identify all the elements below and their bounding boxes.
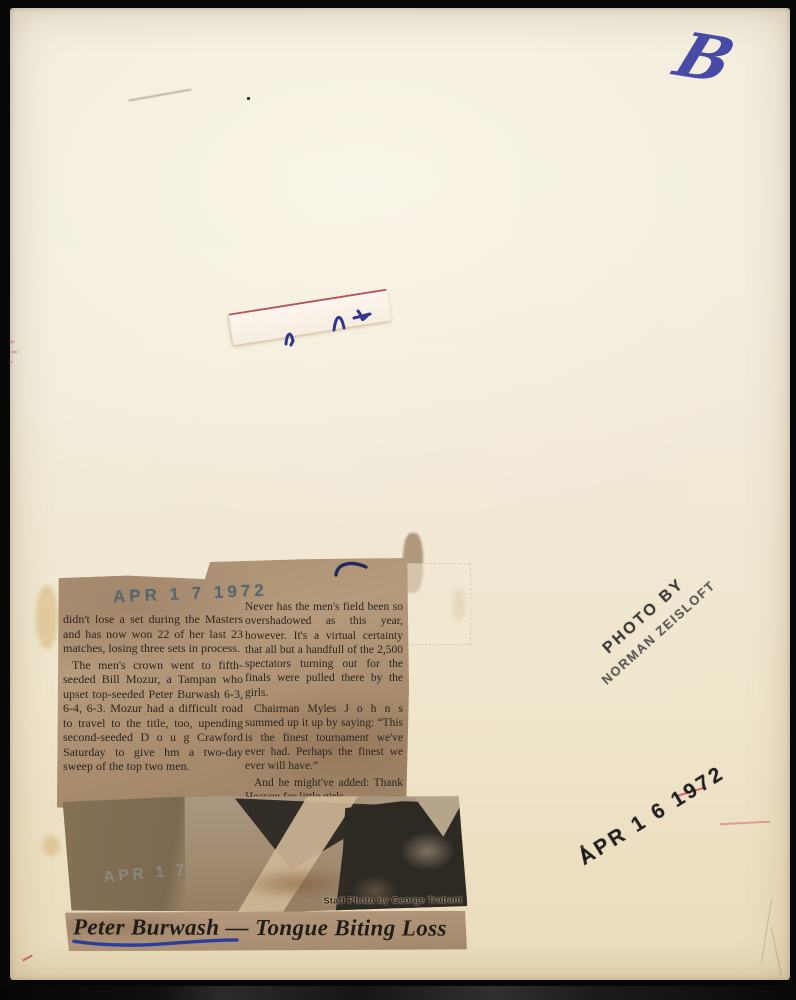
date-received-text: APR 1 6 1972 — [574, 761, 729, 870]
caption-title: — Tongue Biting Loss — [226, 915, 447, 941]
press-clipping: APR 1 7 1972 didn't lose a set during th… — [55, 556, 467, 954]
photographer-stamp: PHOTO BY NORMAN ZEISLOFT — [556, 556, 746, 691]
clipping-paragraph: Never has the men's field been so oversh… — [245, 600, 403, 700]
ink-speck — [247, 97, 250, 100]
clipping-caption-piece: Peter Burwash — Tongue Biting Loss — [65, 909, 467, 952]
clipping-text-piece: APR 1 7 1972 didn't lose a set during th… — [57, 558, 409, 810]
clipping-paragraph: didn't lose a set during the Masters and… — [63, 612, 243, 656]
photo-credit: Staff Photo by George Trabant — [324, 895, 463, 906]
clipping-column-right: Never has the men's field been so oversh… — [245, 600, 403, 806]
clipping-caption: Peter Burwash — Tongue Biting Loss — [73, 914, 447, 941]
scan-border — [0, 986, 796, 1000]
blue-ink-underline — [71, 936, 241, 949]
clipping-paragraph: The men's crown went to fifth-seeded Bil… — [63, 658, 243, 774]
clipping-paragraph: Chairman Myles J o h n s summed up it up… — [245, 702, 403, 773]
date-received-stamp: APR 1 6 1972 — [572, 758, 732, 873]
clipping-column-left: didn't lose a set during the Masters and… — [63, 612, 243, 776]
blue-ink-caret-marks — [272, 300, 382, 350]
red-smudge-left-edge — [4, 334, 22, 368]
pen-hook-mark — [333, 558, 369, 578]
news-photo-fragment: APR 1 7 1972 Staff Photo by George Traba… — [63, 795, 468, 914]
caption-name: Peter Burwash — [73, 914, 220, 941]
